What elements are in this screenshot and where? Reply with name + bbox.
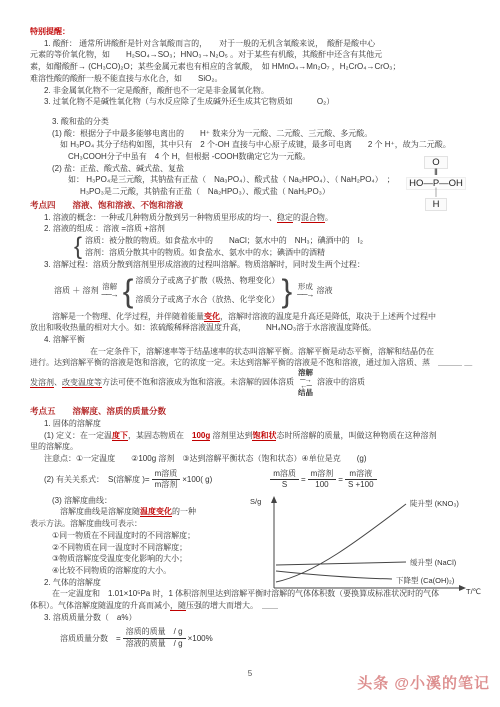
- underlined-term: 混合物: [301, 213, 325, 223]
- numerator: m溶质: [152, 469, 181, 481]
- flow-left: 溶质 ＋ 溶剂: [54, 285, 98, 297]
- solvent-line: 溶剂：溶质分散其中的物质。如食盐水、氨水中的水；碘酒中的酒精: [85, 247, 363, 259]
- denominator: 100: [308, 480, 337, 491]
- flow-option-1: 溶质分子或离子扩散（吸热、物理变化）: [135, 275, 279, 287]
- kd4-para-2: 放出和吸收热量的相对大小。如：浓硫酸稀释溶液温度升高， NH₄NO₃溶于水溶液温…: [30, 322, 474, 334]
- flow-options: 溶质分子或离子扩散（吸热、物理变化） 溶质分子或离子水合（放热、化学变化）: [135, 275, 279, 305]
- text-segment: ，溶解时溶液的温度是升高还是降低，取决于上述两个过程中: [220, 312, 436, 321]
- document-page: 特别提醒： 1. 酸酐： 通常所讲酸酐是针对含氧酸而言的， 对于一般的无机含氧酸…: [0, 0, 500, 707]
- kd4-para-3: 在一定条件下，溶解速率等于结晶速率的状态叫溶解平衡。溶解平衡是动态平衡，溶解和结…: [30, 346, 474, 358]
- y-axis-arrow-icon: [271, 496, 277, 503]
- single-bond-glyph: ｜: [390, 190, 482, 198]
- kd4-equilibrium-title: 4. 溶解平衡: [30, 334, 474, 346]
- gas-line-2: 体积）。气体溶解度随温度的升高而减小，随压强的增大而增大。 ＿＿: [30, 600, 474, 612]
- acid-salt-title: 3. 酸和盐的分类: [30, 116, 474, 128]
- text-segment: 溶解是一个物理、化学过程，并伴随着能量: [52, 312, 204, 321]
- note-line-3: 素，如醋酸酐→ (CH₃CO)₂O；某些金属元素也有相应的含氧酸， 如 HMnO…: [30, 61, 474, 73]
- text-segment: 溶剂里达到: [210, 431, 252, 440]
- open-brace-glyph: {: [123, 274, 134, 308]
- hydrogen-atom: H: [425, 198, 448, 211]
- mass-fraction-title: 3. 溶质质量分数（ a%）: [30, 612, 474, 624]
- text-segment: 1. 溶液的概念：一种或几种物质分散到另一种物质里形成的均一、: [44, 213, 277, 222]
- denominator: m溶剂: [152, 480, 181, 491]
- curve-label-kno3: 陡升型 (KNO₃): [410, 498, 459, 508]
- kd5-definition-cont: 里的溶解度。: [30, 441, 474, 453]
- kd5-definition-line: (1) 定义：在一定温度下，某固态物质在 100g 溶剂里达到饱和状态时所溶解的…: [30, 430, 474, 442]
- phosphorous-acid-structure: O ‖ HO—P—OH ｜ H: [390, 156, 482, 211]
- denominator: S +100: [345, 480, 377, 491]
- text-segment: 进行。达到溶解平衡的溶液是饱和溶液，它的浓度一定。未达到溶解平衡的溶液是不饱和溶…: [30, 358, 430, 367]
- text-segment: ，某固态物质在: [128, 431, 192, 440]
- fraction: 溶质的质量 / g溶液的质量 / g: [123, 627, 186, 649]
- composition-brace-group: { 溶质：被分散的物质。如食盐水中的 NaCl；氨水中的 NH₃；碘酒中的 I₂…: [74, 235, 474, 259]
- text-segment: 、: [54, 378, 62, 387]
- kd4-process-line: 3. 溶解过程：溶质分散到溶剂里形成溶液的过程叫溶解。物质溶解时，同时发生两个过…: [30, 259, 474, 271]
- emphasized-term: 100g: [192, 431, 210, 441]
- text-segment: 。: [325, 213, 333, 222]
- text-segment: 方法可使不饱和溶液成为饱和溶液。未溶解的固体溶质: [102, 378, 294, 387]
- dissolution-process-diagram: 溶质 ＋ 溶剂 溶解 ──→ { 溶质分子或离子扩散（吸热、物理变化） 溶质分子…: [54, 274, 474, 308]
- acid-line-1: (1) 酸：根据分子中最多能够电离出的 H⁺ 数来分为一元酸、二元酸、三元酸、多…: [30, 128, 474, 140]
- equilibrium-bottom-label: 结晶: [298, 389, 313, 397]
- flow-option-2: 溶质分子或离子水合（放热、化学变化）: [135, 294, 279, 306]
- text-segment: 溶解度曲线是溶解度随: [60, 507, 140, 516]
- underlined-term: 稳定: [277, 213, 293, 223]
- fraction: m溶质S: [270, 469, 299, 491]
- underlined-term: 发溶剂: [30, 378, 54, 388]
- emphasized-term: 度下: [112, 431, 128, 441]
- emphasized-term: 温度变化: [140, 507, 172, 517]
- blank-marks: ＿＿＿ ＿: [438, 358, 472, 367]
- text-segment: 压强的增大而增大。 ＿＿: [186, 601, 278, 610]
- dissolve-crystallize-equilibrium: 溶解─→←─结晶: [298, 369, 313, 396]
- close-brace-glyph: }: [281, 274, 292, 308]
- solubility-relation-formula: (2) 有关关系式： S(溶解度 )= m溶质m溶剂 ×100( g) m溶质S…: [30, 469, 474, 491]
- kd4-composition-line: 2. 溶液的组成 ：溶液 =溶质 +溶剂: [30, 223, 474, 235]
- emphasized-term: 饱和状: [252, 431, 276, 441]
- note-line-1: 1. 酸酐： 通常所讲酸酐是针对含氧酸而言的， 对于一般的无机含氧酸来说， 酸酐…: [30, 38, 474, 50]
- solubility-curve-chart: S/g T/℃ 陡升型 (KNO₃) 缓升型 (NaCl) 下降型 (Ca(OH…: [244, 492, 492, 596]
- text-segment: (1) 定义：在一定温: [44, 431, 112, 440]
- text-segment: 体积）。气体溶解度随温度的升高而减小: [30, 601, 170, 610]
- left-brace-glyph: {: [74, 235, 82, 259]
- kd4-concept-line: 1. 溶液的概念：一种或几种物质分散到另一种物质里形成的均一、稳定的混合物。: [30, 212, 474, 224]
- formula-suffix: ×100( g): [182, 474, 212, 486]
- numerator: m溶剂: [308, 469, 337, 481]
- equals-sign: =: [301, 474, 306, 486]
- flow-result: 溶液: [317, 285, 333, 297]
- kd5-solid-title: 1. 固体的溶解度: [30, 418, 474, 430]
- watermark: 头条 @小溪的笔记: [357, 678, 490, 690]
- text-segment: 态时所溶解的质量，叫做这种物质在这种溶剂: [276, 431, 436, 440]
- formula-label: 溶质质量分数 =: [60, 633, 121, 645]
- dissolve-arrow: 溶解 ──→: [101, 283, 117, 298]
- kno3-curve: [276, 504, 406, 582]
- kd4-para-4: 进行。达到溶解平衡的溶液是饱和溶液，它的浓度一定。未达到溶解平衡的溶液是不饱和溶…: [30, 357, 474, 369]
- note-line-4: 难溶性酸的酸酐一般不能直接与水化合，如 SiO₂。: [30, 73, 474, 85]
- nacl-curve: [276, 562, 406, 565]
- numerator: 溶质的质量 / g: [123, 627, 186, 639]
- spacer: [30, 108, 474, 116]
- solubility-curve-figure: S/g T/℃ 陡升型 (KNO₃) 缓升型 (NaCl) 下降型 (Ca(OH…: [244, 492, 492, 600]
- form-arrow: 形成 ──→: [297, 283, 313, 298]
- note-line-6: 3. 过氧化物不是碱性氧化物（与水反应除了生成碱外还生成其它物质如 O₂）: [30, 96, 474, 108]
- special-note-title: 特别提醒：: [30, 26, 474, 38]
- double-bond-glyph: ‖: [390, 169, 482, 177]
- denominator: 溶液的质量 / g: [123, 639, 186, 650]
- x-axis-arrow-icon: [459, 585, 466, 591]
- denominator: S: [270, 480, 299, 491]
- arrow-right-icon: ──→: [101, 291, 117, 298]
- acid-line-2: 如 H₃PO₄ 其分子结构如图，其中只有 2 个-OH 直接与中心原子成键，最多…: [30, 139, 474, 151]
- curve-label-nacl: 缓升型 (NaCl): [410, 557, 457, 567]
- text-segment: 的: [293, 213, 301, 222]
- note-line-5: 2. 非金属氧化物不一定是酸酐，酸酐也不一定是非金属氧化物。: [30, 85, 474, 97]
- section-title-kd5: 考点五 溶解度、溶质的质量分数: [30, 406, 474, 418]
- arrow-right-icon: ──→: [297, 291, 313, 298]
- text-segment: 溶液中的溶质: [317, 378, 365, 387]
- kd5-notes-line: 注意点：①一定温度 ②100g 溶剂 ③达到溶解平衡状态（饱和状态）④单位是克 …: [30, 453, 474, 465]
- fraction: m溶质m溶剂: [152, 469, 181, 491]
- fraction: m溶剂100: [308, 469, 337, 491]
- kd4-para-1: 溶解是一个物理、化学过程，并伴随着能量变化，溶解时溶液的温度是升高还是降低，取决…: [30, 311, 474, 323]
- solute-line: 溶质：被分散的物质。如食盐水中的 NaCl；氨水中的 NH₃；碘酒中的 I₂: [85, 235, 363, 247]
- caoh2-curve: [276, 571, 392, 579]
- formula-label: (2) 有关关系式： S(溶解度 )=: [44, 474, 150, 486]
- note-line-2: 元素的等价氧化物，如 H₂SO₄→SO₃；HNO₃→N₂O₅ 。对于某些有机酸，…: [30, 49, 474, 61]
- composition-rows: 溶质：被分散的物质。如食盐水中的 NaCl；氨水中的 NH₃；碘酒中的 I₂ 溶…: [85, 235, 363, 258]
- mass-fraction-formula: 溶质质量分数 = 溶质的质量 / g溶液的质量 / g ×100%: [30, 627, 474, 649]
- y-axis-label: S/g: [250, 497, 261, 506]
- formula-suffix: ×100%: [188, 633, 213, 645]
- emphasized-term: 变化: [204, 312, 220, 322]
- numerator: m溶液: [345, 469, 377, 481]
- equals-sign: =: [338, 474, 343, 486]
- x-axis-label: T/℃: [466, 587, 481, 596]
- text-segment: 的一种: [172, 507, 196, 516]
- curve-label-caoh2: 下降型 (Ca(OH)₂): [396, 575, 455, 585]
- kd4-para-5: 发溶剂、改变温度等方法可使不饱和溶液成为饱和溶液。未溶解的固体溶质溶解─→←─结…: [30, 369, 474, 396]
- underlined-term: ，随: [170, 601, 186, 611]
- fraction: m溶液S +100: [345, 469, 377, 491]
- underlined-term: 改变温度等: [62, 378, 102, 388]
- numerator: m溶质: [270, 469, 299, 481]
- spacer: [30, 396, 474, 404]
